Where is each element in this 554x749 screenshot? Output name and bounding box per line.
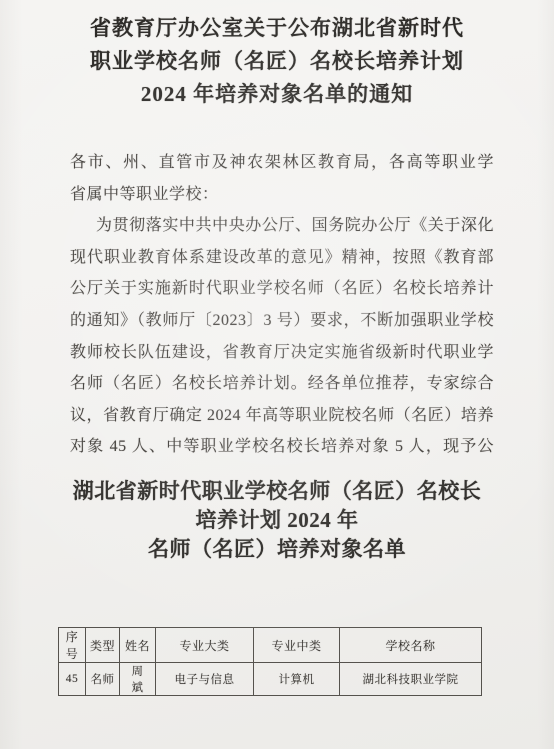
roster-title-line: 培养计划 2024 年 bbox=[0, 506, 554, 535]
salutation-line: 各市、州、直管市及神农架林区教育局，各高等职业学校、 bbox=[70, 147, 494, 179]
document-page: 省教育厅办公室关于公布湖北省新时代 职业学校名师（名匠）名校长培养计划 2024… bbox=[0, 0, 554, 749]
cell-name: 周 斌 bbox=[120, 663, 156, 696]
roster-title: 湖北省新时代职业学校名师（名匠）名校长 培养计划 2024 年 名师（名匠）培养… bbox=[0, 477, 554, 564]
roster-title-line: 湖北省新时代职业学校名师（名匠）名校长 bbox=[0, 477, 554, 506]
cell-major-class: 计算机 bbox=[254, 663, 340, 696]
notice-title-line: 省教育厅办公室关于公布湖北省新时代 bbox=[0, 12, 554, 45]
cell-school: 湖北科技职业学院 bbox=[340, 663, 482, 696]
body-line: 教师校长队伍建设，省教育厅决定实施省级新时代职业学校 bbox=[70, 337, 494, 369]
body-line: 对象 45 人、中等职业学校名校长培养对象 5 人，现予公布。 bbox=[70, 431, 494, 463]
notice-title-line: 2024 年培养对象名单的通知 bbox=[0, 78, 554, 111]
salutation-line: 省属中等职业学校： bbox=[70, 179, 494, 211]
table-row: 45 名师 周 斌 电子与信息 计算机 湖北科技职业学院 bbox=[59, 663, 482, 696]
column-header-seq: 序号 bbox=[59, 628, 86, 663]
cell-category: 名师 bbox=[86, 663, 120, 696]
body-line: 为贯彻落实中共中央办公厅、国务院办公厅《关于深化 bbox=[70, 210, 494, 242]
table-header-row: 序号 类型 姓名 专业大类 专业中类 学校名称 bbox=[59, 628, 482, 663]
roster-title-line: 名师（名匠）培养对象名单 bbox=[0, 535, 554, 564]
notice-title: 省教育厅办公室关于公布湖北省新时代 职业学校名师（名匠）名校长培养计划 2024… bbox=[0, 12, 554, 111]
body-line: 议，省教育厅确定 2024 年高等职业院校名师（名匠）培养 bbox=[70, 400, 494, 432]
body-line: 的通知》（教师厅〔2023〕3 号）要求，不断加强职业学校 bbox=[70, 305, 494, 337]
roster-table-container: 序号 类型 姓名 专业大类 专业中类 学校名称 45 名师 周 斌 电子与信息 … bbox=[58, 627, 482, 696]
body-line: 公厅关于实施新时代职业学校名师（名匠）名校长培养计划 bbox=[70, 273, 494, 305]
roster-table: 序号 类型 姓名 专业大类 专业中类 学校名称 45 名师 周 斌 电子与信息 … bbox=[58, 627, 482, 696]
notice-body: 各市、州、直管市及神农架林区教育局，各高等职业学校、 省属中等职业学校： 为贯彻… bbox=[70, 147, 494, 463]
cell-seq: 45 bbox=[59, 663, 86, 696]
column-header-name: 姓名 bbox=[120, 628, 156, 663]
body-line: 名师（名匠）名校长培养计划。经各单位推荐，专家综合评 bbox=[70, 368, 494, 400]
column-header-school: 学校名称 bbox=[340, 628, 482, 663]
column-header-major-group: 专业大类 bbox=[156, 628, 254, 663]
cell-major-group: 电子与信息 bbox=[156, 663, 254, 696]
column-header-major-class: 专业中类 bbox=[254, 628, 340, 663]
body-line: 现代职业教育体系建设改革的意见》精神，按照《教育部办 bbox=[70, 242, 494, 274]
column-header-category: 类型 bbox=[86, 628, 120, 663]
notice-title-line: 职业学校名师（名匠）名校长培养计划 bbox=[0, 45, 554, 78]
